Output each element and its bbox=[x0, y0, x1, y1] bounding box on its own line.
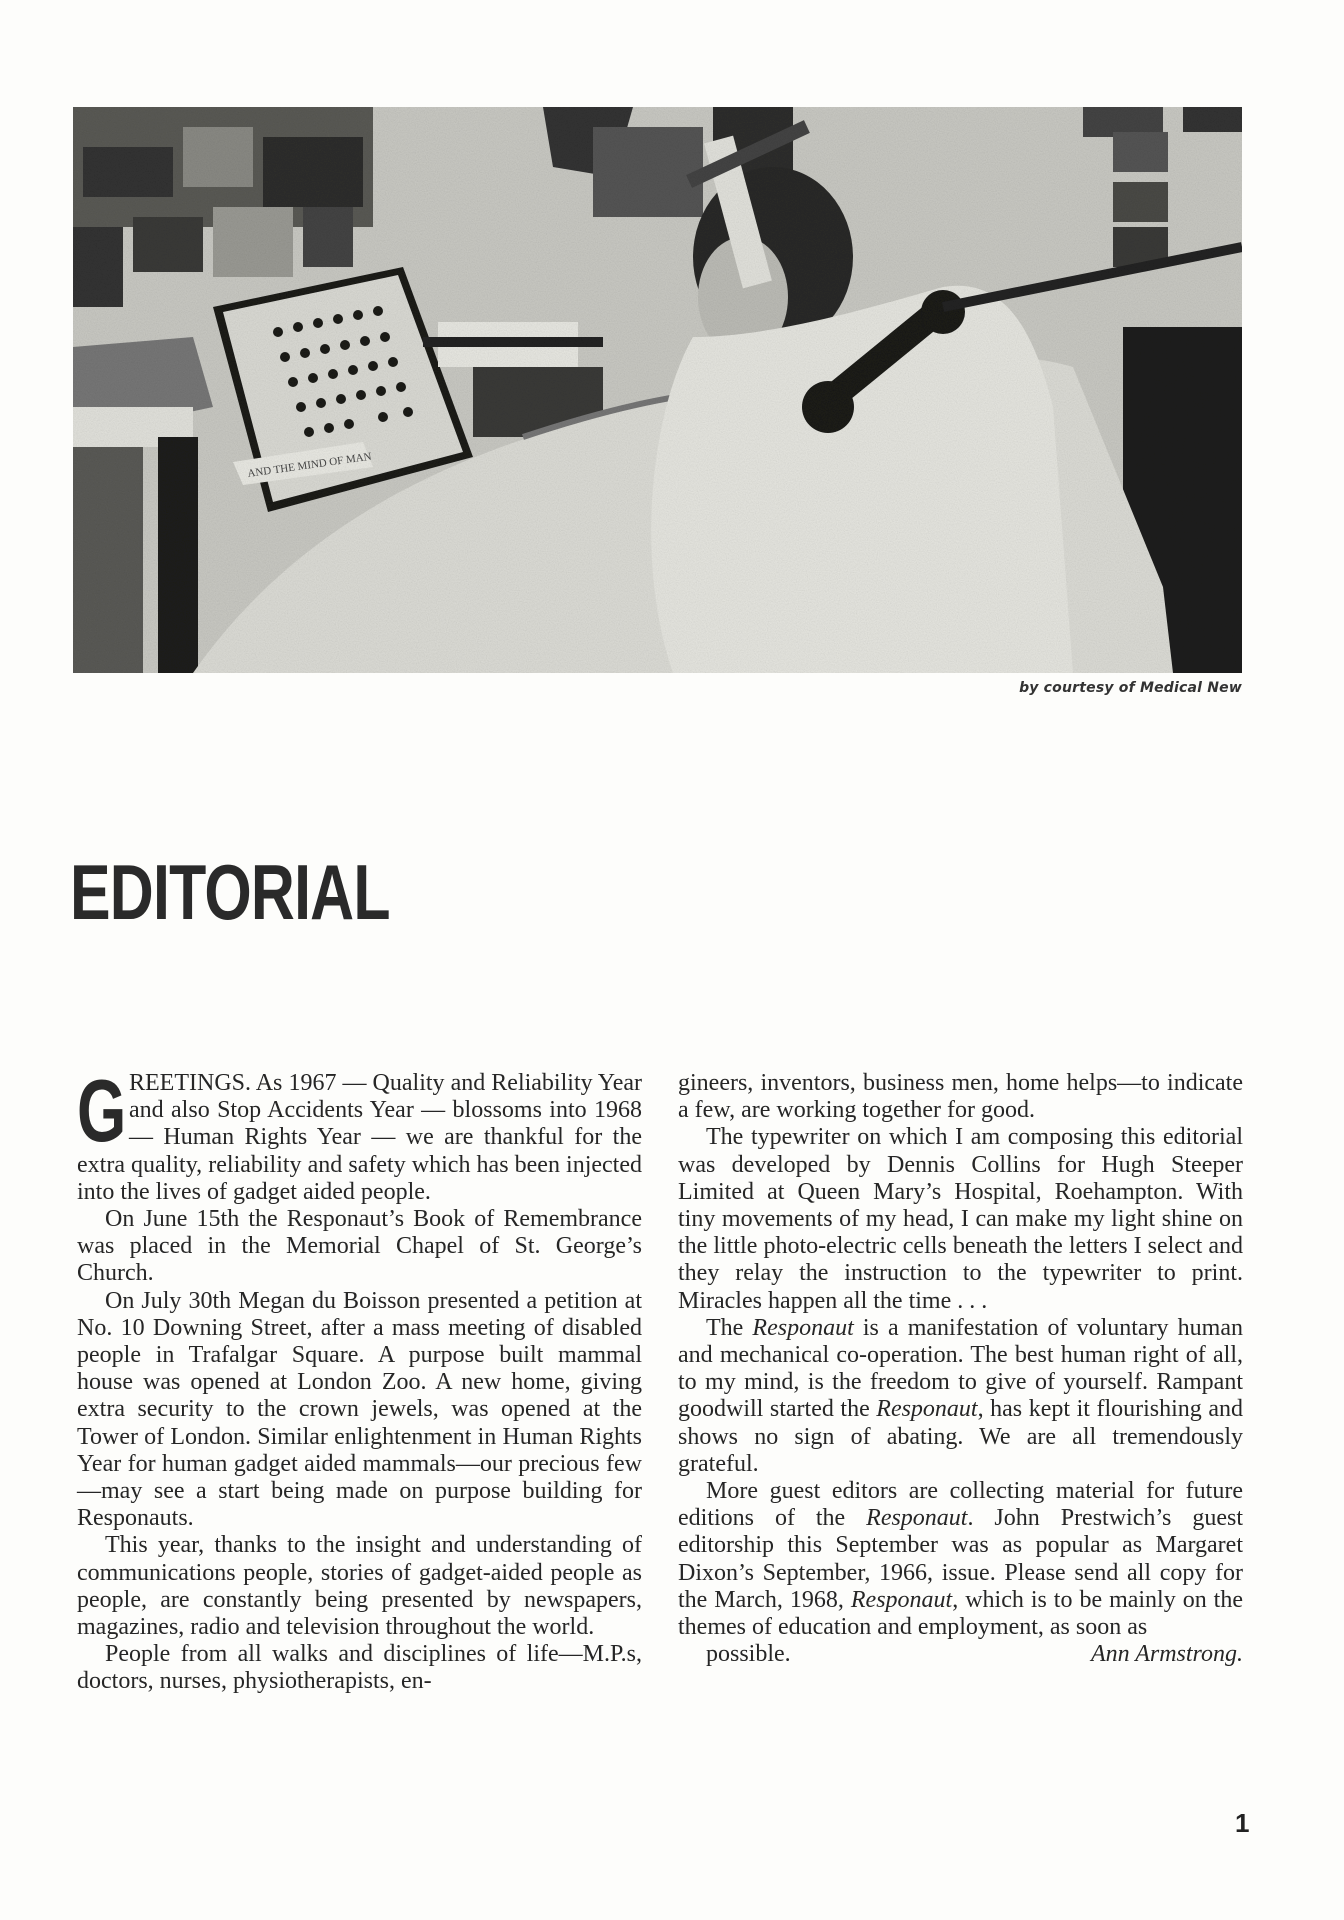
article-paragraph: The Responaut is a manifestation of volu… bbox=[678, 1315, 1243, 1478]
article-paragraph: GREETINGS. As 1967 — Quality and Reliabi… bbox=[77, 1070, 642, 1206]
article-paragraph: This year, thanks to the insight and und… bbox=[77, 1532, 642, 1641]
article-paragraph: On July 30th Megan du Boisson presented … bbox=[77, 1288, 642, 1533]
paragraph-text: REETINGS. As 1967 — Quality and Reliabil… bbox=[77, 1070, 642, 1205]
paragraph-text: The bbox=[706, 1315, 752, 1341]
page-title: EDITORIAL bbox=[70, 853, 390, 931]
article-paragraph: People from all walks and disciplines of… bbox=[77, 1641, 642, 1695]
publication-name: Responaut bbox=[851, 1587, 952, 1613]
page-number: 1 bbox=[1235, 1808, 1249, 1839]
article-paragraph: On June 15th the Responaut’s Book of Rem… bbox=[77, 1206, 642, 1288]
paragraph-text: possible. bbox=[678, 1641, 791, 1668]
author-signature: Ann Armstrong. bbox=[1063, 1641, 1243, 1668]
article-paragraph: More guest editors are collecting materi… bbox=[678, 1478, 1243, 1641]
publication-name: Responaut bbox=[876, 1396, 977, 1422]
publication-name: Responaut bbox=[866, 1505, 967, 1531]
article-column-right: gineers, inventors, business men, home h… bbox=[678, 1070, 1243, 1668]
article-paragraph-continued: gineers, inventors, business men, home h… bbox=[678, 1070, 1243, 1124]
photo-caption: by courtesy of Medical New bbox=[1019, 680, 1242, 696]
publication-name: Responaut bbox=[752, 1315, 853, 1341]
article-column-left: GREETINGS. As 1967 — Quality and Reliabi… bbox=[77, 1070, 642, 1696]
article-paragraph: The typewriter on which I am composing t… bbox=[678, 1124, 1243, 1314]
editorial-photograph: AND THE MIND OF MAN bbox=[73, 107, 1242, 673]
photo-illustration: AND THE MIND OF MAN bbox=[73, 107, 1242, 673]
closing-line: possible. Ann Armstrong. bbox=[678, 1641, 1243, 1668]
drop-cap: G bbox=[77, 1076, 107, 1144]
